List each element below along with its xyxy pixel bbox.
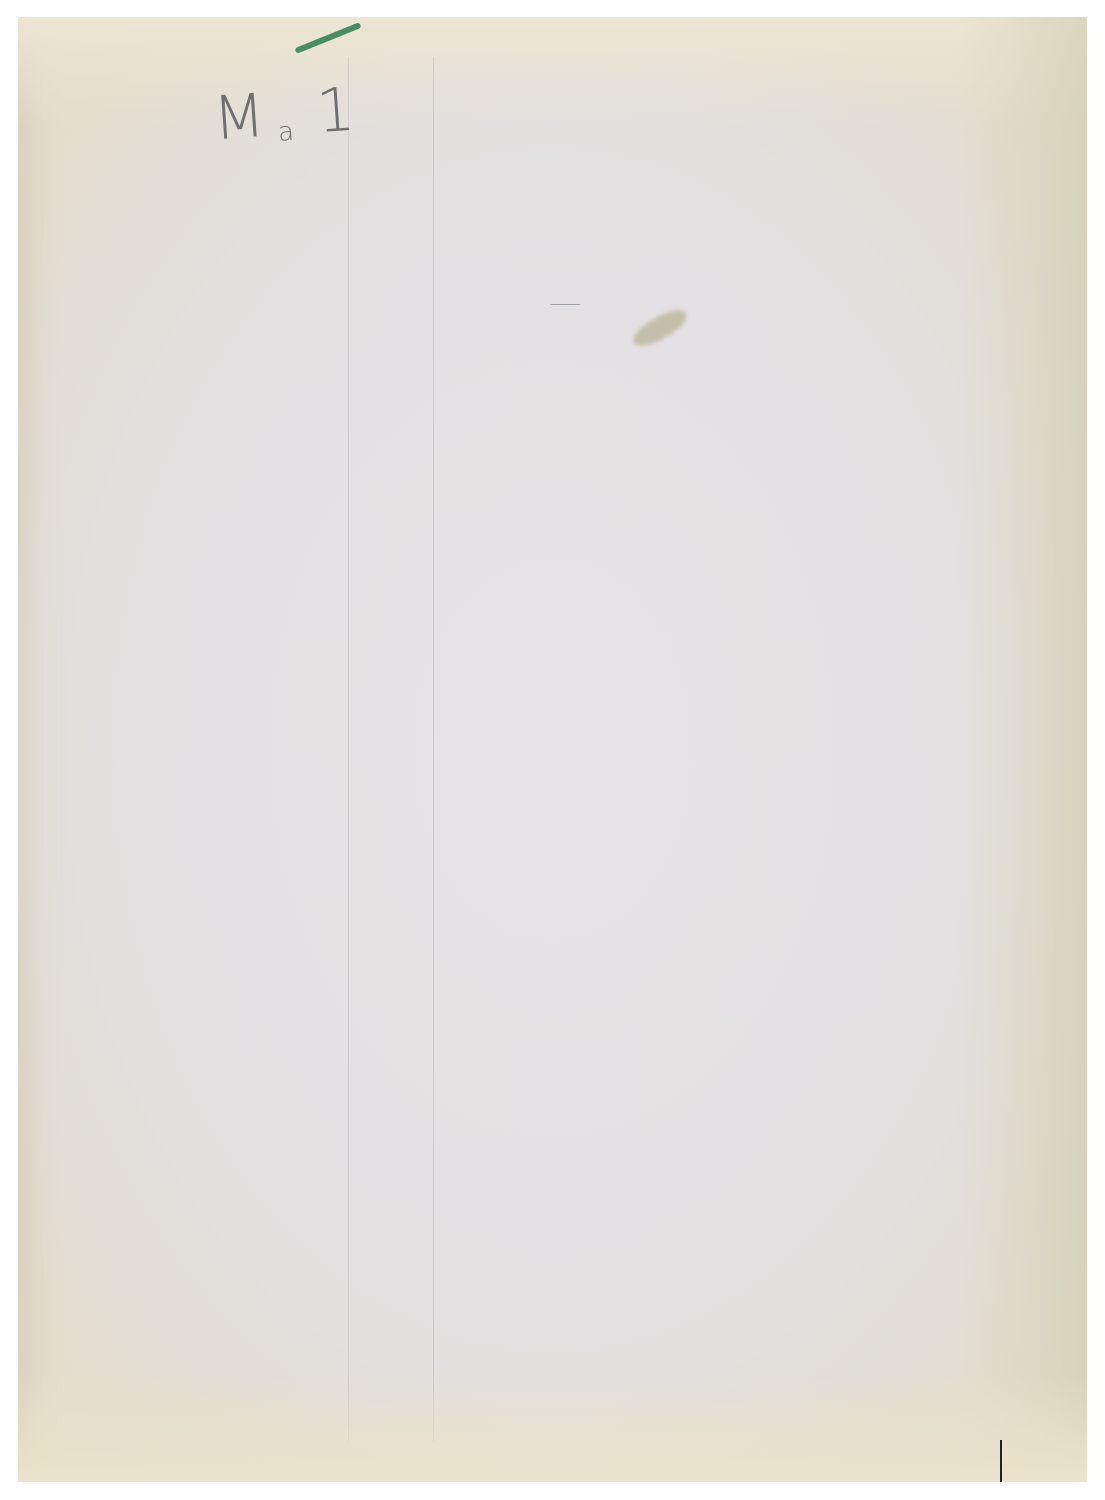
paper-sheet: Ma1 — [18, 17, 1087, 1482]
fold-line — [433, 57, 434, 1442]
paper-discoloration — [957, 17, 1087, 1482]
paper-stain — [629, 303, 692, 352]
faint-scribble — [550, 300, 580, 305]
handwritten-page-mark: Ma1 — [211, 74, 369, 155]
mark-letter: M — [211, 80, 280, 154]
mark-separator: a — [277, 115, 319, 148]
fold-line — [348, 57, 349, 1442]
mark-number: 1 — [314, 74, 369, 147]
paper-tear — [1000, 1440, 1002, 1482]
green-ink-streak — [294, 22, 361, 54]
